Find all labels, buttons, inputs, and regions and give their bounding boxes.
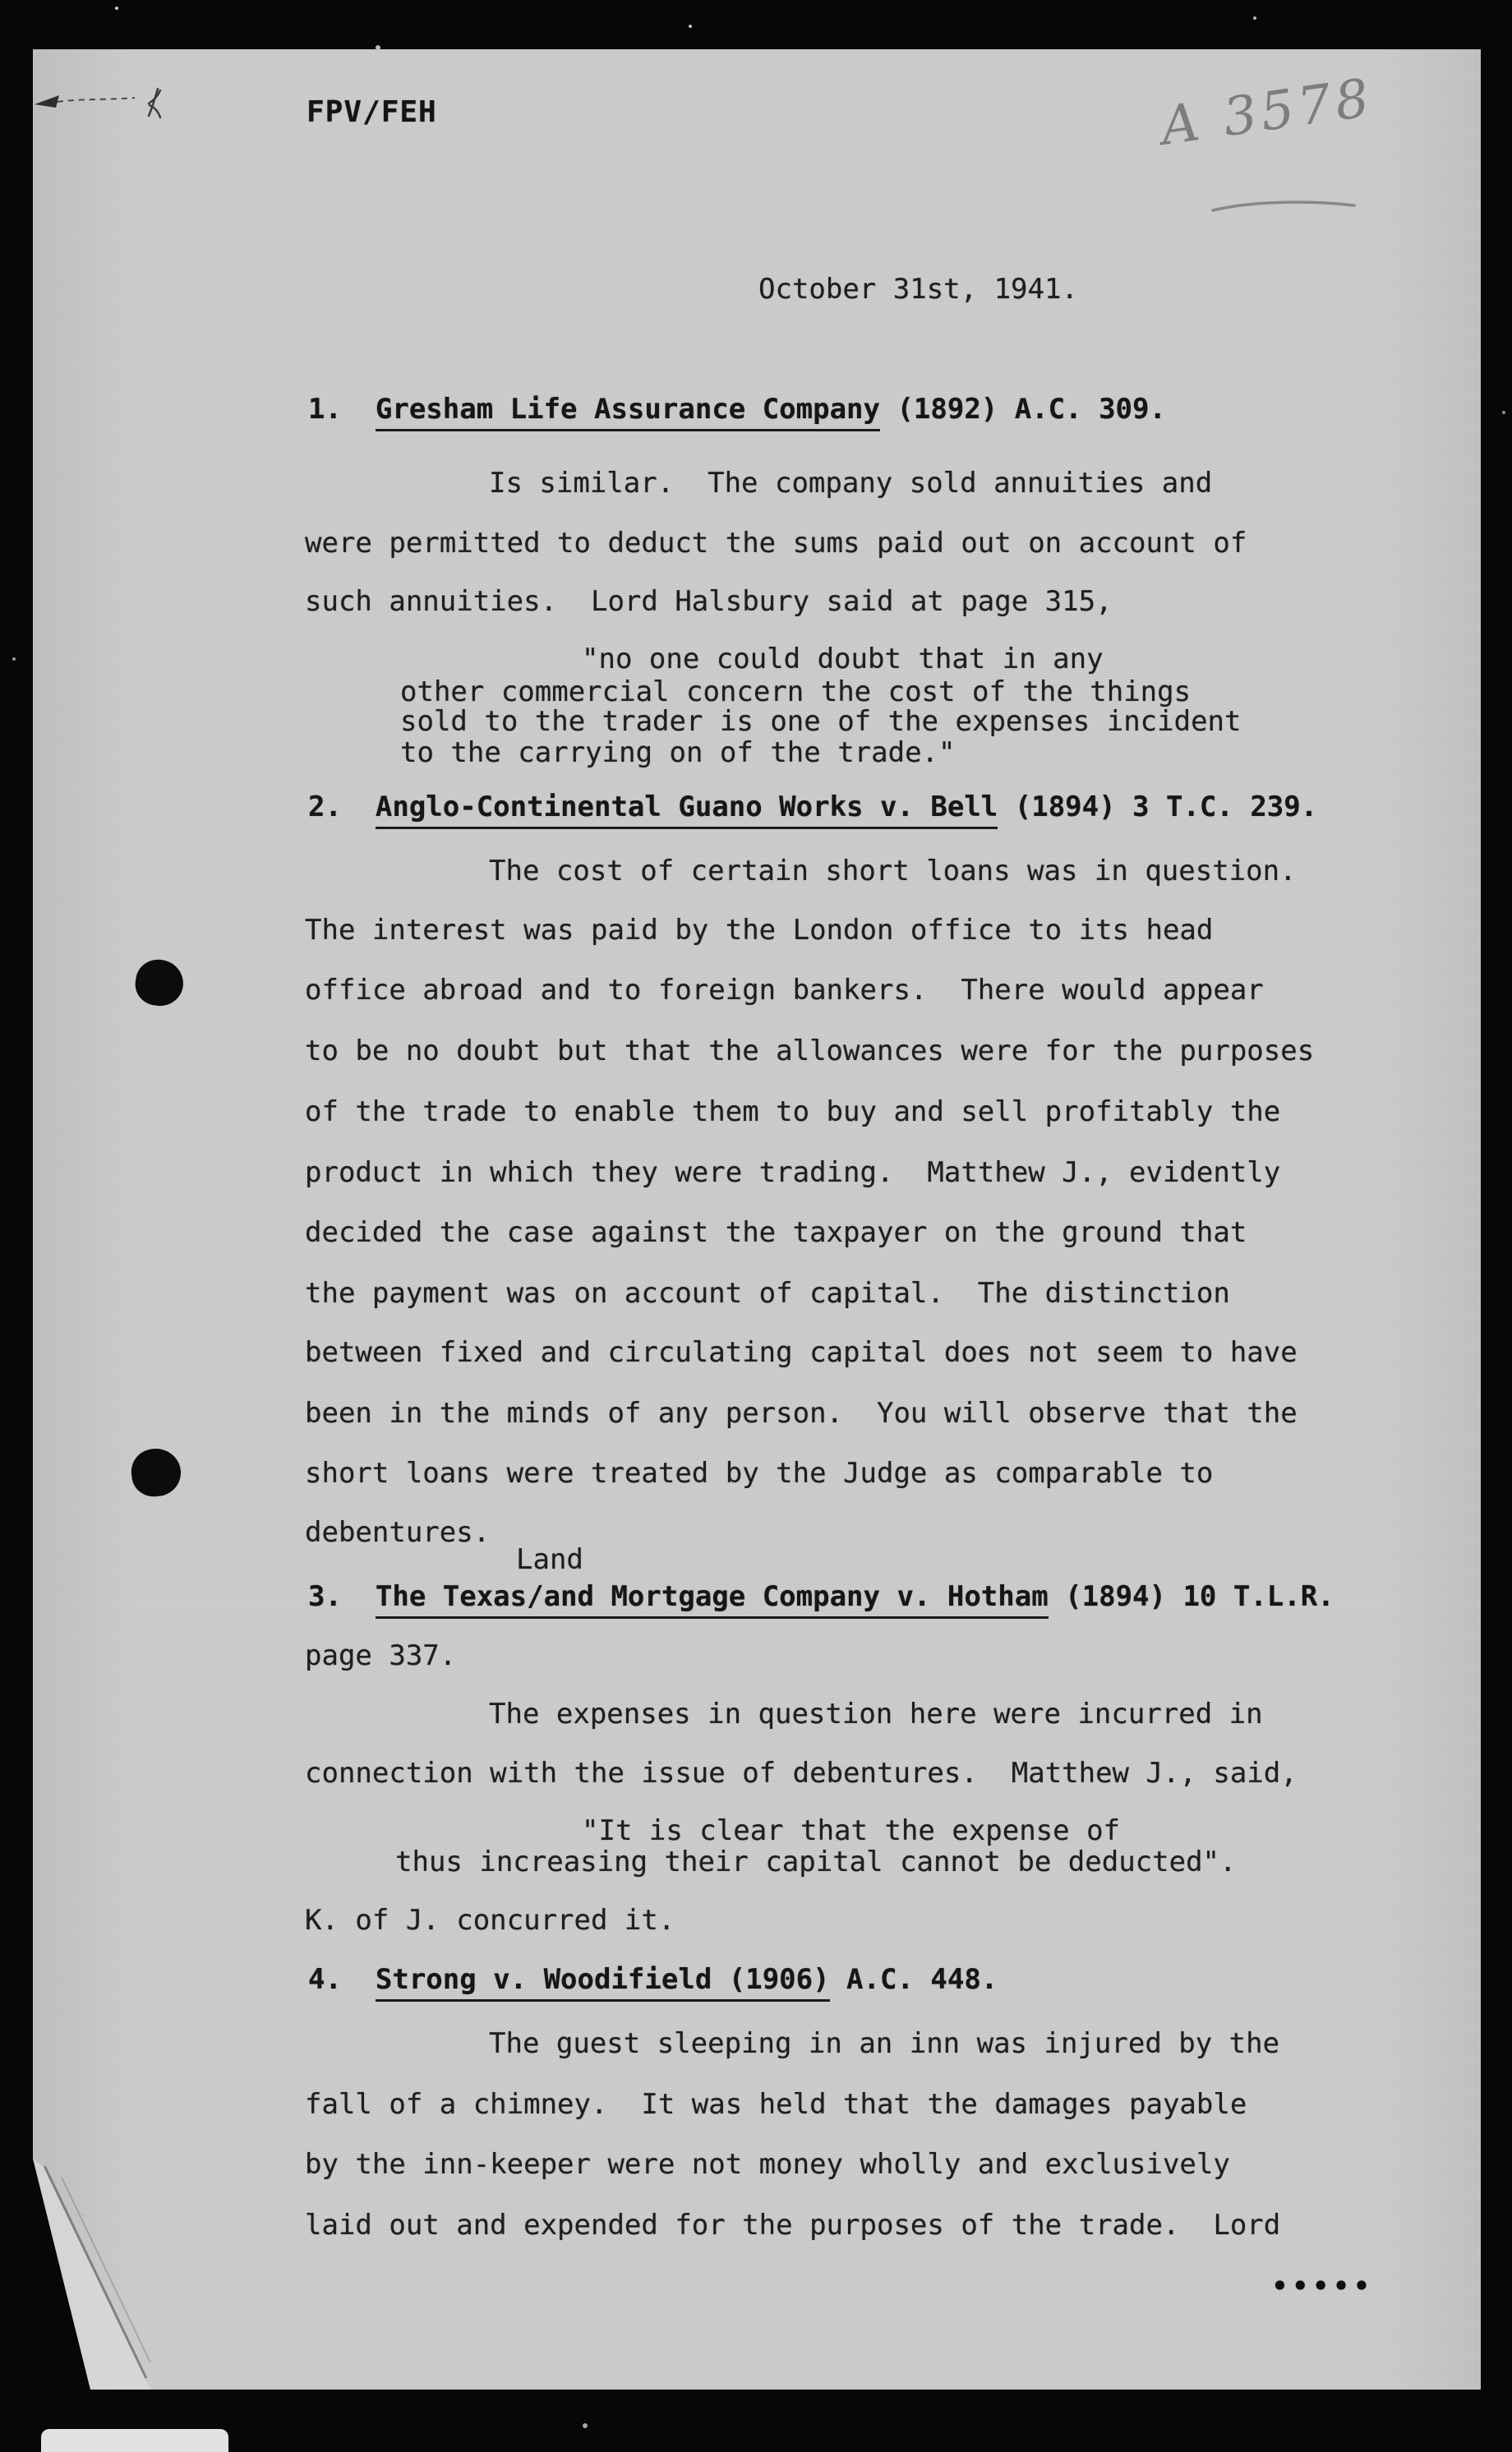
typed-text: 2. bbox=[308, 790, 376, 823]
quote-line: thus increasing their capital cannot be … bbox=[395, 1846, 1237, 1878]
typed-text: office abroad and to foreign bankers. Th… bbox=[305, 974, 1264, 1007]
typed-text: debentures. bbox=[305, 1516, 490, 1549]
ink-blob bbox=[129, 1446, 183, 1499]
quote-line: to the carrying on of the trade." bbox=[400, 736, 956, 769]
body-line: decided the case against the taxpayer on… bbox=[305, 1216, 1247, 1249]
typed-text: October 31st, 1941. bbox=[758, 273, 1078, 306]
body-line: Is similar. The company sold annuities a… bbox=[489, 467, 1212, 500]
quote-line: sold to the trader is one of the expense… bbox=[400, 705, 1242, 738]
typed-text: been in the minds of any person. You wil… bbox=[305, 1397, 1298, 1430]
typed-text: (1892) A.C. 309. bbox=[880, 393, 1166, 426]
typed-text: 3. bbox=[308, 1580, 376, 1613]
case-heading-4: 4. Strong v. Woodifield (1906) A.C. 448. bbox=[308, 1963, 998, 1996]
body-line: short loans were treated by the Judge as… bbox=[305, 1457, 1213, 1490]
typed-text: connection with the issue of debentures.… bbox=[305, 1757, 1298, 1790]
quote-line: "no one could doubt that in any bbox=[582, 643, 1104, 675]
body-line: by the inn-keeper were not money wholly … bbox=[305, 2148, 1230, 2181]
typed-text: between fixed and circulating capital do… bbox=[305, 1336, 1298, 1369]
body-line: The interest was paid by the London offi… bbox=[305, 914, 1213, 947]
typed-text: The interest was paid by the London offi… bbox=[305, 914, 1213, 947]
body-line: The expenses in question here were incur… bbox=[489, 1698, 1263, 1731]
quote-line: other commercial concern the cost of the… bbox=[400, 675, 1191, 708]
typed-text: Is similar. The company sold annuities a… bbox=[489, 467, 1212, 500]
case-heading-3: 3. The Texas/and Mortgage Company v. Hot… bbox=[308, 1580, 1335, 1613]
body-line: office abroad and to foreign bankers. Th… bbox=[305, 974, 1264, 1007]
handwritten-file-number: A 3578 bbox=[1157, 67, 1377, 157]
scan-background: { "header": { "reference": "FPV/FEH", "h… bbox=[0, 0, 1512, 2452]
body-line: between fixed and circulating capital do… bbox=[305, 1336, 1298, 1369]
body-line: The guest sleeping in an inn was injured… bbox=[489, 2027, 1279, 2060]
typist-reference: FPV/FEH bbox=[307, 95, 437, 129]
document-scan: FPV/FEH A 3578 October 31st, 1941.1. Gre… bbox=[0, 0, 1512, 2452]
typed-text: The expenses in question here were incur… bbox=[489, 1698, 1263, 1731]
typed-text: sold to the trader is one of the expense… bbox=[400, 705, 1242, 738]
pencil-arrow-mark bbox=[33, 85, 177, 131]
body-line: been in the minds of any person. You wil… bbox=[305, 1397, 1298, 1430]
body-line: connection with the issue of debentures.… bbox=[305, 1757, 1298, 1790]
arrow-icon bbox=[33, 85, 177, 128]
typed-text: Land bbox=[516, 1543, 583, 1576]
typed-text: by the inn-keeper were not money wholly … bbox=[305, 2148, 1230, 2181]
body-line: were permitted to deduct the sums paid o… bbox=[305, 527, 1247, 560]
typed-text: The guest sleeping in an inn was injured… bbox=[489, 2027, 1279, 2060]
typed-text: A.C. 448. bbox=[830, 1963, 998, 1996]
typed-text: fall of a chimney. It was held that the … bbox=[305, 2088, 1247, 2121]
typed-text: decided the case against the taxpayer on… bbox=[305, 1216, 1247, 1249]
ink-blob bbox=[132, 956, 186, 1009]
case-name-underlined: Strong v. Woodifield (1906) bbox=[376, 1963, 830, 2002]
crease-shadow-line bbox=[61, 2177, 151, 2362]
body-line: the payment was on account of capital. T… bbox=[305, 1277, 1230, 1310]
typed-page: FPV/FEH A 3578 October 31st, 1941.1. Gre… bbox=[33, 49, 1481, 2390]
typed-text: "no one could doubt that in any bbox=[582, 643, 1104, 675]
typed-text: laid out and expended for the purposes o… bbox=[305, 2209, 1280, 2242]
typed-text: such annuities. Lord Halsbury said at pa… bbox=[305, 585, 1113, 618]
typed-text: short loans were treated by the Judge as… bbox=[305, 1457, 1213, 1490]
case-heading-1: 1. Gresham Life Assurance Company (1892)… bbox=[308, 393, 1166, 426]
date-line: October 31st, 1941. bbox=[758, 273, 1078, 306]
typed-text: page 337. bbox=[305, 1639, 456, 1672]
typed-text: 4. bbox=[308, 1963, 376, 1996]
typed-text: (1894) 3 T.C. 239. bbox=[998, 790, 1317, 823]
typed-text: "It is clear that the expense of bbox=[582, 1814, 1120, 1847]
typed-text: The cost of certain short loans was in q… bbox=[489, 855, 1297, 887]
typed-text: product in which they were trading. Matt… bbox=[305, 1156, 1280, 1189]
case-name-underlined: Anglo-Continental Guano Works v. Bell bbox=[376, 790, 998, 829]
typed-text: of the trade to enable them to buy and s… bbox=[305, 1095, 1280, 1128]
typed-text: were permitted to deduct the sums paid o… bbox=[305, 527, 1247, 560]
continuation-dots: ••••• bbox=[1270, 2268, 1372, 2304]
typed-text: thus increasing their capital cannot be … bbox=[395, 1846, 1237, 1878]
body-line: The cost of certain short loans was in q… bbox=[489, 855, 1297, 887]
case-heading-2: 2. Anglo-Continental Guano Works v. Bell… bbox=[308, 790, 1317, 823]
typed-text: to be no doubt but that the allowances w… bbox=[305, 1035, 1314, 1067]
body-line: of the trade to enable them to buy and s… bbox=[305, 1095, 1280, 1128]
handwritten-underline bbox=[1210, 196, 1359, 220]
typed-text: 1. bbox=[308, 393, 376, 426]
inserted-word: Land bbox=[516, 1543, 583, 1576]
typed-text: to the carrying on of the trade." bbox=[400, 736, 956, 769]
body-line: such annuities. Lord Halsbury said at pa… bbox=[305, 585, 1113, 618]
body-line: debentures. bbox=[305, 1516, 490, 1549]
quote-line: "It is clear that the expense of bbox=[582, 1814, 1120, 1847]
body-line: page 337. bbox=[305, 1639, 456, 1672]
crease-line bbox=[44, 2166, 147, 2379]
body-line: fall of a chimney. It was held that the … bbox=[305, 2088, 1247, 2121]
body-line: laid out and expended for the purposes o… bbox=[305, 2209, 1280, 2242]
body-line: to be no doubt but that the allowances w… bbox=[305, 1035, 1314, 1067]
typed-text: K. of J. concurred it. bbox=[305, 1904, 675, 1937]
body-line: product in which they were trading. Matt… bbox=[305, 1156, 1280, 1189]
next-page-sliver bbox=[41, 2429, 228, 2452]
scan-noise-specks bbox=[115, 7, 118, 10]
case-name-underlined: The Texas/and Mortgage Company v. Hotham bbox=[376, 1580, 1049, 1619]
case-name-underlined: Gresham Life Assurance Company bbox=[376, 393, 880, 431]
typed-text: (1894) 10 T.L.R. bbox=[1049, 1580, 1335, 1613]
body-line: K. of J. concurred it. bbox=[305, 1904, 675, 1937]
typed-text: the payment was on account of capital. T… bbox=[305, 1277, 1230, 1310]
typed-text: other commercial concern the cost of the… bbox=[400, 675, 1191, 708]
